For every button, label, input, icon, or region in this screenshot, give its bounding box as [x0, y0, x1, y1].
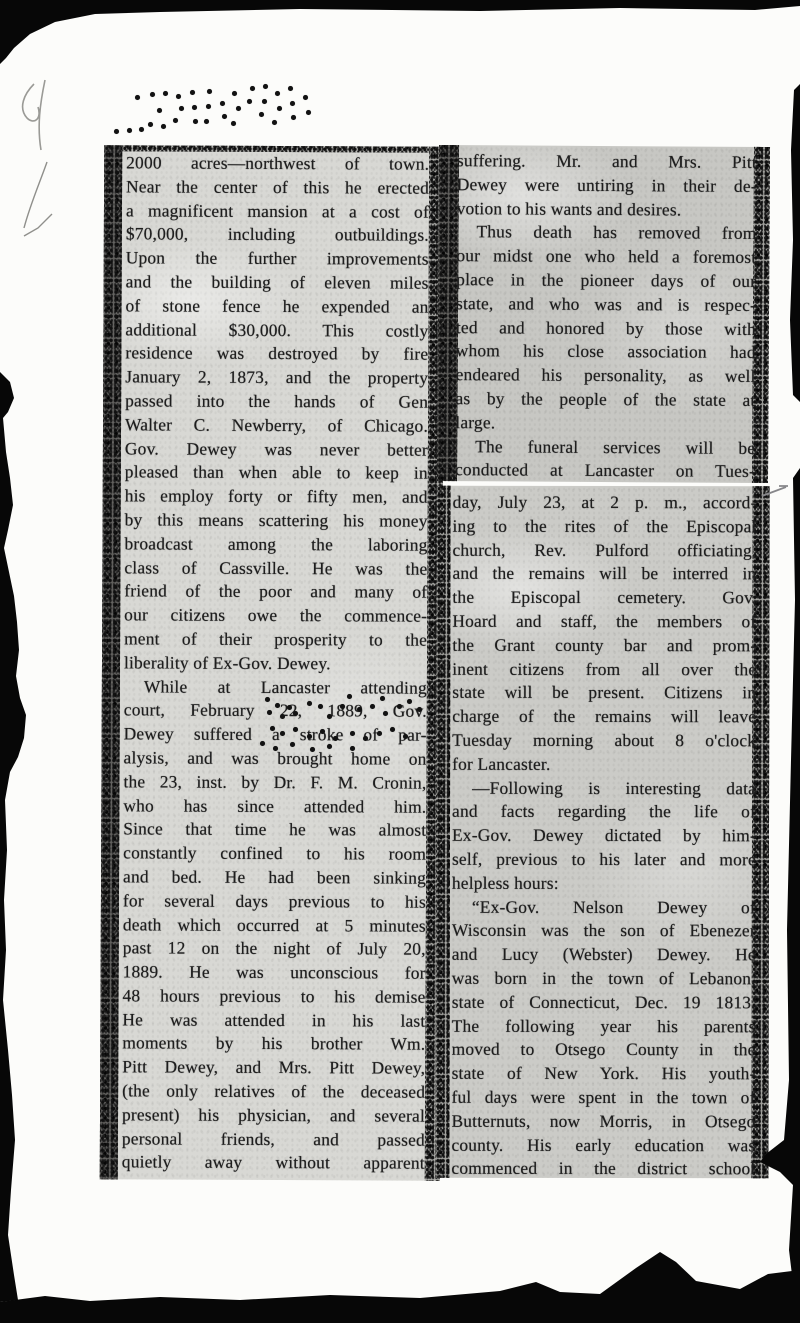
perforation-dot — [357, 707, 362, 712]
torn-clipping-edge — [435, 486, 450, 1178]
text-line: Pitt Dewey, and Mrs. Pitt Dewey, — [122, 1056, 425, 1081]
text-line: large. — [455, 411, 755, 437]
text-line: endeared his personality, as well — [456, 363, 756, 389]
perforation-dot — [277, 106, 282, 111]
text-line: a magnificent mansion at a cost of — [126, 199, 429, 224]
clipping-right-column-upper: suffering. Mr. and Mrs. PittDewey were u… — [437, 145, 770, 483]
text-line: ted and honored by those with — [456, 316, 756, 342]
perforation-dot — [231, 121, 236, 126]
text-line: He was attended in his last — [122, 1008, 425, 1033]
text-line: ful days were spent in the town of — [452, 1086, 756, 1110]
text-line: personal friends, and passed — [122, 1127, 425, 1152]
text-line: suffering. Mr. and Mrs. Pitt — [457, 149, 757, 175]
text-line: of stone fence he expended an — [126, 294, 429, 319]
perforation-dot — [204, 119, 209, 124]
text-line: church, Rev. Pulford officiating, — [452, 538, 756, 562]
text-line: county. His early education was — [451, 1133, 755, 1157]
text-line: —Following is interesting data — [452, 776, 756, 800]
text-line: 2000 acres—northwest of town. — [126, 151, 429, 176]
text-line: Dewey were untiring in their de- — [457, 173, 757, 199]
perforation-dot — [275, 703, 280, 708]
text-line: past 12 on the night of July 20, — [123, 937, 426, 962]
perforation-dot — [236, 106, 241, 111]
text-line: 48 hours previous to his demise — [122, 984, 425, 1009]
clipping-left-column: 2000 acres—northwest of town.Near the ce… — [100, 145, 445, 1180]
scanned-newspaper-page: 2000 acres—northwest of town.Near the ce… — [0, 0, 800, 1323]
perforation-dot — [291, 115, 296, 120]
perforation-dot — [320, 729, 325, 734]
perforation-dot — [417, 707, 422, 712]
perforation-dot — [161, 124, 166, 129]
text-line: The following year his parents — [452, 1014, 756, 1038]
text-line: state of New York. His youth- — [452, 1062, 756, 1086]
text-line: whom his close association had — [456, 339, 756, 365]
text-line: Upon the further improvements — [126, 247, 429, 272]
text-line: (the only relatives of the deceased — [122, 1079, 425, 1104]
perforation-dot — [363, 736, 368, 741]
perforation-dot — [318, 704, 323, 709]
perforation-dot — [307, 701, 312, 706]
pencil-mark — [24, 162, 52, 236]
text-line: additional $30,000. This costly — [125, 318, 428, 343]
perforation-dot — [232, 91, 237, 96]
perforation-dot — [293, 711, 298, 716]
text-line: the Episcopal cemetery. Gov. — [452, 586, 756, 610]
text-line: by this means scattering his money — [125, 508, 428, 533]
text-line: state will be present. Citizens in — [452, 681, 756, 705]
text-line: Ex-Gov. Dewey dictated by him- — [452, 824, 756, 848]
text-line: 1889. He was unconscious for — [123, 960, 426, 985]
left-column-text: 2000 acres—northwest of town.Near the ce… — [122, 151, 429, 1176]
text-line: Gov. Dewey was never better — [125, 437, 428, 462]
right-column-lower-text: day, July 23, at 2 p. m., accord-ing to … — [451, 491, 756, 1182]
perforation-dot — [275, 91, 280, 96]
perforation-dot — [150, 92, 155, 97]
perforation-dot — [280, 714, 285, 719]
text-line: Tuesday morning about 8 o'clock — [452, 729, 756, 753]
text-line: as by the people of the state at — [455, 387, 755, 413]
text-line: moments by his brother Wm. — [122, 1032, 425, 1057]
text-line: votion to his wants and desires. — [457, 197, 757, 223]
perforation-dot — [262, 99, 267, 104]
perforation-dot — [347, 694, 352, 699]
perforation-dot — [270, 726, 275, 731]
text-line: liberality of Ex-Gov. Dewey. — [124, 651, 427, 676]
perforation-dot — [114, 129, 119, 134]
text-line: day, July 23, at 2 p. m., accord- — [453, 491, 757, 515]
perforation-dot — [390, 727, 395, 732]
text-line: our midst one who held a foremost — [456, 244, 756, 270]
text-line: commenced in the district school — [451, 1157, 755, 1181]
text-line: passed into the hands of Gen — [125, 389, 428, 414]
text-line: for several days previous to his — [123, 889, 426, 914]
perforation-dot — [173, 118, 178, 123]
perforation-dot — [307, 734, 312, 739]
text-line: $70,000, including outbuildings. — [126, 223, 429, 248]
text-line: present) his physician, and several — [122, 1103, 425, 1128]
perforation-dot — [148, 122, 153, 127]
perforation-dot — [350, 746, 355, 751]
perforation-dot — [327, 744, 332, 749]
perforation-dot — [272, 120, 277, 125]
perforation-dot — [250, 86, 255, 91]
perforation-dot — [190, 90, 195, 95]
perforation-dot — [287, 705, 292, 710]
text-line: class of Cassville. He was the — [124, 556, 427, 581]
perforation-dot — [397, 704, 402, 709]
perforation-dot — [176, 94, 181, 99]
text-line: self, previous to his later and more — [452, 848, 756, 872]
perforation-dot — [247, 99, 252, 104]
perforation-dot — [290, 101, 295, 106]
text-line: and facts regarding the life of — [452, 800, 756, 824]
text-line: the Grant county bar and prom- — [452, 634, 756, 658]
text-line: pleased than when able to keep in — [125, 461, 428, 486]
perforation-dot — [310, 747, 315, 752]
perforation-dot — [157, 108, 162, 113]
perforation-dot — [135, 95, 140, 100]
text-line: and the building of eleven miles — [126, 270, 429, 295]
text-line: Since that time he was almost — [123, 818, 426, 843]
text-line: Near the center of this he erected — [126, 175, 429, 200]
perforation-dot — [265, 697, 270, 702]
perforation-dot — [340, 704, 345, 709]
perforation-dot — [303, 95, 308, 100]
perforation-dot — [350, 731, 355, 736]
text-line: The funeral services will be — [455, 435, 755, 461]
perforation-dot — [370, 704, 375, 709]
text-line: his employ forty or fifty men, and — [125, 485, 428, 510]
perforation-dot — [193, 119, 198, 124]
perforation-dot — [380, 696, 385, 701]
perforation-dot — [273, 746, 278, 751]
text-line: Thus death has removed from — [456, 220, 756, 246]
perforation-dot — [280, 731, 285, 736]
torn-edge-right — [790, 84, 800, 402]
perforation-dot — [192, 105, 197, 110]
perforation-dot — [259, 112, 264, 117]
perforation-dot — [306, 110, 311, 115]
perforation-dot — [179, 106, 184, 111]
perforation-dot — [207, 89, 212, 94]
text-line: broadcast among the laboring — [124, 532, 427, 557]
text-line: residence was destroyed by fire — [125, 342, 428, 367]
right-column-upper-text: suffering. Mr. and Mrs. PittDewey were u… — [455, 149, 757, 484]
perforation-dot — [127, 128, 132, 133]
perforation-dot — [377, 731, 382, 736]
perforation-dot — [293, 727, 298, 732]
text-line: and bed. He had been sinking — [123, 865, 426, 890]
perforation-dot — [163, 91, 168, 96]
text-line: state, and who was and is respec- — [456, 292, 756, 318]
perforation-dot — [220, 101, 225, 106]
text-line: was born in the town of Lebanon, — [452, 967, 756, 991]
pencil-mark — [23, 80, 45, 150]
text-line: “Ex-Gov. Nelson Dewey of — [452, 895, 756, 919]
perforation-dot — [383, 711, 388, 716]
torn-edge-top — [0, 0, 800, 64]
text-line: Butternuts, now Morris, in Otsego — [451, 1109, 755, 1133]
perforation-dot — [267, 710, 272, 715]
text-line: ing to the rites of the Episcopal — [453, 515, 757, 539]
text-line: inent citizens from all over the — [452, 657, 756, 681]
text-line: helpless hours: — [452, 871, 756, 895]
text-line: Hoard and staff, the members of — [452, 610, 756, 634]
torn-edge-left — [0, 372, 26, 1302]
text-line: moved to Otsego County in the — [452, 1038, 756, 1062]
text-line: January 2, 1873, and the property — [125, 366, 428, 391]
text-line: our citizens owe the commence- — [124, 603, 427, 628]
text-line: state of Connecticut, Dec. 19 1813. — [452, 990, 756, 1014]
text-line: ment of their prosperity to the — [124, 627, 427, 652]
text-line: quietly away without apparent — [122, 1151, 425, 1176]
text-line: who has since attended him. — [123, 794, 426, 819]
perforation-dot — [333, 736, 338, 741]
text-line: friend of the poor and many of — [124, 580, 427, 605]
text-line: death which occurred at 5 minutes — [123, 913, 426, 938]
text-line: conducted at Lancaster on Tues- — [455, 458, 755, 484]
perforation-dot — [222, 114, 227, 119]
text-line: charge of the remains will leave — [452, 705, 756, 729]
torn-edge-bottom — [0, 1252, 800, 1323]
perforation-dot — [403, 734, 408, 739]
perforation-dot — [263, 84, 268, 89]
perforation-dot — [290, 742, 295, 747]
perforation-dot — [260, 741, 265, 746]
text-line: for Lancaster. — [452, 753, 756, 777]
perforation-dot — [206, 104, 211, 109]
torn-clipping-edge — [100, 145, 123, 1179]
perforation-dot — [139, 127, 144, 132]
text-line: place in the pioneer days of our — [456, 268, 756, 294]
text-line: and Lucy (Webster) Dewey. He — [452, 943, 756, 967]
text-line: Wisconsin was the son of Ebenezer — [452, 919, 756, 943]
text-line: and the remains will be interred in — [452, 562, 756, 586]
perforation-dot — [327, 714, 332, 719]
text-line: constantly confined to his room — [123, 841, 426, 866]
perforation-dot — [407, 699, 412, 704]
text-line: Walter C. Newberry, of Chicago. — [125, 413, 428, 438]
text-line: the 23, inst. by Dr. F. M. Cronin, — [123, 770, 426, 795]
perforation-dot — [288, 86, 293, 91]
clipping-right-column-lower: day, July 23, at 2 p. m., accord-ing to … — [435, 486, 769, 1179]
